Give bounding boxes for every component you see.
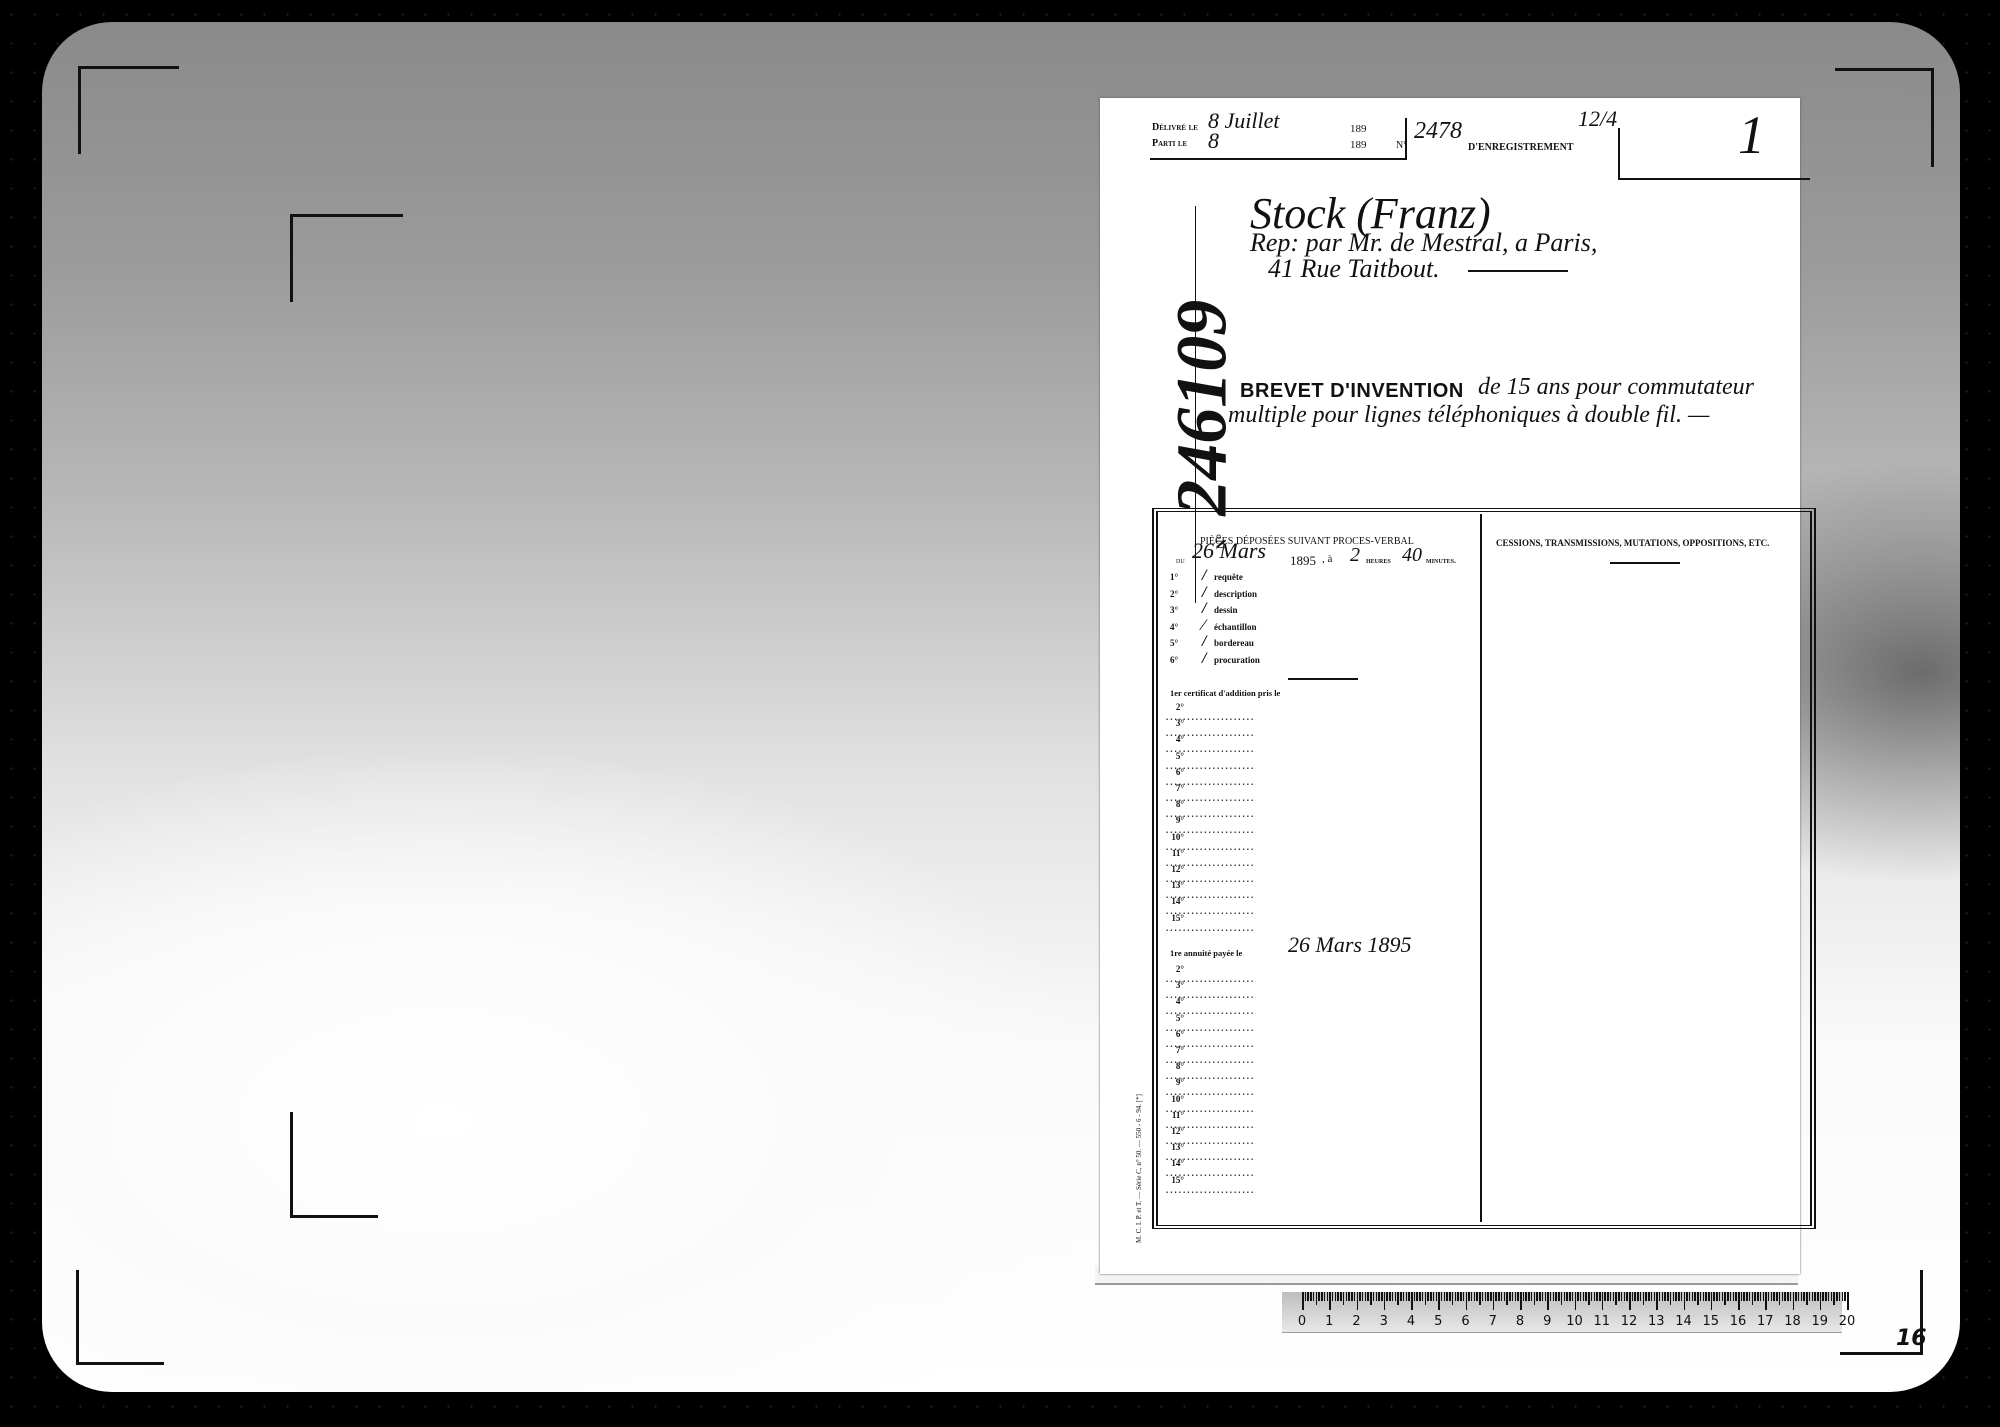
ruler-tick <box>1585 1292 1587 1301</box>
ruler-tick <box>1525 1292 1527 1301</box>
ruler-tick <box>1547 1292 1549 1310</box>
ruler-tick <box>1831 1292 1833 1301</box>
ruler-tick <box>1512 1292 1514 1301</box>
entry-number: 3° <box>1166 980 1184 990</box>
corner-box <box>1618 128 1810 180</box>
ruler-tick <box>1381 1292 1383 1301</box>
ruler-tick <box>1825 1292 1827 1301</box>
ruler-tick <box>1419 1292 1421 1301</box>
dotted-entry-row: 15°..................... <box>1166 1175 1256 1195</box>
ruler-tick <box>1463 1292 1465 1301</box>
brevet-description-line2: multiple pour lignes téléphoniques à dou… <box>1228 402 1709 429</box>
ruler-tick <box>1634 1292 1636 1301</box>
entry-number: 7° <box>1166 783 1184 793</box>
corner-mark-inner-top-left <box>290 214 403 302</box>
ruler-tick <box>1615 1292 1617 1305</box>
ruler-tick <box>1822 1292 1824 1301</box>
corner-mark-top-right <box>1835 68 1934 167</box>
ruler-tick <box>1743 1292 1745 1301</box>
ruler-label: 15 <box>1702 1314 1719 1329</box>
ruler-tick <box>1730 1292 1732 1301</box>
ruler-tick <box>1659 1292 1661 1301</box>
pieces-item: 3°/dessin <box>1170 605 1178 615</box>
ruler-tick <box>1768 1292 1770 1301</box>
ruler-tick <box>1367 1292 1369 1301</box>
ruler-tick <box>1305 1292 1307 1301</box>
ruler-tick <box>1773 1292 1775 1301</box>
entry-number: 4° <box>1166 996 1184 1006</box>
ruler-tick <box>1332 1292 1334 1301</box>
pieces-item: 6°/procuration <box>1170 655 1178 665</box>
ruler-tick <box>1795 1292 1797 1301</box>
ruler-tick <box>1479 1292 1481 1305</box>
pieces-a-label: , à <box>1322 553 1332 565</box>
ruler-tick <box>1545 1292 1547 1301</box>
ruler-tick <box>1596 1292 1598 1301</box>
ruler-tick <box>1569 1292 1571 1301</box>
ruler-tick <box>1787 1292 1789 1301</box>
ruler-tick <box>1654 1292 1656 1301</box>
ruler-tick <box>1395 1292 1397 1301</box>
ruler-tick <box>1408 1292 1410 1301</box>
ruler-tick <box>1626 1292 1628 1301</box>
ruler-tick <box>1735 1292 1737 1301</box>
ruler-tick <box>1588 1292 1590 1305</box>
annuite-first-label: 1re annuité payée le <box>1170 948 1242 958</box>
ruler-tick <box>1580 1292 1582 1301</box>
ruler-tick <box>1607 1292 1609 1301</box>
ruler-tick <box>1373 1292 1375 1301</box>
pieces-item-label: bordereau <box>1214 638 1254 648</box>
ruler-tick <box>1433 1292 1435 1301</box>
ruler-tick <box>1550 1292 1552 1301</box>
ruler-tick <box>1591 1292 1593 1301</box>
ruler-tick <box>1667 1292 1669 1301</box>
pieces-year: 1895 <box>1290 553 1316 569</box>
ruler-label: 13 <box>1648 1314 1665 1329</box>
ruler-tick <box>1749 1292 1751 1301</box>
ruler-tick <box>1337 1292 1339 1301</box>
ruler-tick <box>1604 1292 1606 1301</box>
ruler-tick <box>1321 1292 1323 1301</box>
pieces-item-label: description <box>1214 589 1257 599</box>
ruler-tick <box>1316 1292 1318 1305</box>
ruler-tick <box>1468 1292 1470 1301</box>
ruler-tick <box>1782 1292 1784 1301</box>
ruler-tick <box>1376 1292 1378 1301</box>
ruler-tick <box>1427 1292 1429 1301</box>
ruler-label: 8 <box>1516 1314 1524 1329</box>
corner-mark-top-left <box>78 66 179 154</box>
printer-note: M. C. I. P. et T. — Série C, n° 50. — 55… <box>1135 1033 1143 1243</box>
entry-number: 4° <box>1166 734 1184 744</box>
ruler-tick <box>1327 1292 1329 1301</box>
ruler-tick <box>1515 1292 1517 1301</box>
pieces-item-label: requête <box>1214 572 1243 582</box>
pieces-separator <box>1288 678 1358 680</box>
ruler-tick <box>1384 1292 1386 1310</box>
ruler-tick <box>1793 1292 1795 1310</box>
entry-number: 6° <box>1166 767 1184 777</box>
ruler-tick <box>1504 1292 1506 1301</box>
ruler-tick <box>1602 1292 1604 1310</box>
delivre-year: 189 <box>1350 123 1367 135</box>
ruler-label: 6 <box>1461 1314 1469 1329</box>
entry-dots: ..................... <box>1166 1185 1255 1195</box>
ruler-tick <box>1476 1292 1478 1301</box>
ruler-tick <box>1389 1292 1391 1301</box>
ruler-tick <box>1357 1292 1359 1310</box>
ruler-tick <box>1346 1292 1348 1301</box>
ruler-tick <box>1577 1292 1579 1301</box>
ruler-tick <box>1722 1292 1724 1301</box>
ruler-tick <box>1809 1292 1811 1301</box>
ruler-tick <box>1790 1292 1792 1301</box>
corner-mark-bottom-left <box>76 1270 164 1365</box>
ruler-tick <box>1803 1292 1805 1301</box>
certificat-first-label: 1er certificat d'addition pris le <box>1170 688 1280 698</box>
ruler-tick <box>1370 1292 1372 1305</box>
ruler-tick <box>1528 1292 1530 1301</box>
entry-dots: ..................... <box>1166 923 1255 933</box>
ruler-tick <box>1746 1292 1748 1301</box>
pieces-item: 1°/requête <box>1170 572 1178 582</box>
ruler-tick <box>1324 1292 1326 1301</box>
ruler-tick <box>1566 1292 1568 1301</box>
entry-number: 14° <box>1166 896 1184 906</box>
ruler-tick <box>1760 1292 1762 1301</box>
ruler-tick <box>1449 1292 1451 1301</box>
ruler-tick <box>1662 1292 1664 1301</box>
ruler-tick <box>1520 1292 1522 1310</box>
ruler-tick <box>1354 1292 1356 1301</box>
ruler-tick <box>1847 1292 1849 1310</box>
ruler-tick <box>1763 1292 1765 1301</box>
ruler-tick <box>1523 1292 1525 1301</box>
entry-number: 3° <box>1166 718 1184 728</box>
dotted-entry-row: 15°..................... <box>1166 913 1256 933</box>
pieces-item: 2°/description <box>1170 589 1178 599</box>
ruler-label: 4 <box>1407 1314 1415 1329</box>
ruler-tick <box>1618 1292 1620 1301</box>
pieces-heures-label: heures <box>1366 556 1391 565</box>
brevet-label: BREVET D'INVENTION <box>1240 380 1464 403</box>
ruler-tick <box>1517 1292 1519 1301</box>
ruler-label: 1 <box>1325 1314 1333 1329</box>
ruler-tick <box>1340 1292 1342 1301</box>
ruler-tick <box>1318 1292 1320 1301</box>
pieces-minutes-label: minutes. <box>1426 556 1456 565</box>
entry-number: 9° <box>1166 815 1184 825</box>
ruler-tick <box>1703 1292 1705 1301</box>
ruler-tick <box>1438 1292 1440 1310</box>
ruler-tick <box>1757 1292 1759 1301</box>
entry-number: 8° <box>1166 799 1184 809</box>
ruler-tick <box>1594 1292 1596 1301</box>
ruler-tick <box>1553 1292 1555 1301</box>
ruler-tick <box>1820 1292 1822 1310</box>
ruler-tick <box>1425 1292 1427 1305</box>
ruler-tick <box>1531 1292 1533 1301</box>
pieces-item: 4°∕échantillon <box>1170 622 1178 632</box>
entry-number: 15° <box>1166 1175 1184 1185</box>
ruler-tick <box>1307 1292 1309 1301</box>
ruler-tick <box>1446 1292 1448 1301</box>
ruler-tick <box>1411 1292 1413 1310</box>
pieces-item-count-mark: / <box>1202 584 1206 602</box>
parti-label: Parti le <box>1152 138 1187 149</box>
ruler-tick <box>1460 1292 1462 1301</box>
cessions-separator <box>1610 562 1680 564</box>
entry-number: 13° <box>1166 1142 1184 1152</box>
ruler-tick <box>1697 1292 1699 1305</box>
ruler-tick <box>1733 1292 1735 1301</box>
ruler-tick <box>1444 1292 1446 1301</box>
ruler-tick <box>1784 1292 1786 1301</box>
corner-number: 1 <box>1738 104 1765 166</box>
ruler-tick <box>1403 1292 1405 1301</box>
ruler-tick <box>1833 1292 1835 1305</box>
ruler-tick <box>1485 1292 1487 1301</box>
ruler-tick <box>1692 1292 1694 1301</box>
ruler-tick <box>1681 1292 1683 1301</box>
ruler-tick <box>1343 1292 1345 1305</box>
ruler-tick <box>1741 1292 1743 1301</box>
entry-number: 9° <box>1166 1077 1184 1087</box>
ruler-tick <box>1430 1292 1432 1301</box>
ruler-tick <box>1509 1292 1511 1301</box>
ruler-tick <box>1836 1292 1838 1301</box>
ruler-tick <box>1624 1292 1626 1301</box>
ruler-tick <box>1455 1292 1457 1301</box>
ruler-tick <box>1583 1292 1585 1301</box>
ruler-tick <box>1441 1292 1443 1301</box>
ruler-tick <box>1397 1292 1399 1305</box>
ruler-tick <box>1400 1292 1402 1301</box>
ruler-tick <box>1599 1292 1601 1301</box>
patent-record-sheet: Délivré le Parti le 8 Juillet 8 189 189 … <box>1100 98 1800 1274</box>
ruler-tick <box>1362 1292 1364 1301</box>
patent-number: N° 246109 <box>1161 210 1244 550</box>
pieces-item-count-mark: ∕ <box>1202 617 1205 635</box>
ruler-tick <box>1727 1292 1729 1301</box>
ruler-tick <box>1700 1292 1702 1301</box>
ruler-tick <box>1575 1292 1577 1310</box>
pieces-hour: 2 <box>1350 544 1360 567</box>
ruler-tick <box>1378 1292 1380 1301</box>
ruler-tick <box>1493 1292 1495 1310</box>
ruler-tick <box>1310 1292 1312 1301</box>
ruler-tick <box>1779 1292 1781 1305</box>
ruler-tick <box>1844 1292 1846 1301</box>
pieces-item-number: 4° <box>1170 622 1178 632</box>
ruler-tick <box>1414 1292 1416 1301</box>
pieces-item-count-mark: / <box>1202 600 1206 618</box>
ruler-tick <box>1686 1292 1688 1301</box>
ruler-tick <box>1482 1292 1484 1301</box>
ruler-label: 11 <box>1593 1314 1610 1329</box>
pieces-item-count-mark: / <box>1202 633 1206 651</box>
ruler-tick <box>1542 1292 1544 1301</box>
scale-ruler: 01234567891011121314151617181920 <box>1282 1292 1842 1333</box>
ruler-tick <box>1386 1292 1388 1301</box>
ruler-tick <box>1694 1292 1696 1301</box>
ruler-label: 5 <box>1434 1314 1442 1329</box>
entry-number: 5° <box>1166 1013 1184 1023</box>
ruler-tick <box>1536 1292 1538 1301</box>
numero-prefix: N° <box>1396 140 1407 151</box>
ruler-tick <box>1632 1292 1634 1301</box>
ruler-tick <box>1708 1292 1710 1301</box>
ruler-tick <box>1422 1292 1424 1301</box>
entry-number: 10° <box>1166 1094 1184 1104</box>
ruler-tick <box>1776 1292 1778 1301</box>
pieces-date: 26 Mars <box>1192 538 1266 564</box>
ruler-tick <box>1839 1292 1841 1301</box>
ruler-tick <box>1329 1292 1331 1310</box>
annuite-first-date: 26 Mars 1895 <box>1288 932 1411 958</box>
ruler-tick <box>1814 1292 1816 1301</box>
fraction-note: 12/4 <box>1578 106 1617 132</box>
cessions-title: CESSIONS, TRANSMISSIONS, MUTATIONS, OPPO… <box>1496 538 1769 548</box>
ruler-tick <box>1501 1292 1503 1301</box>
pieces-item-label: dessin <box>1214 605 1238 615</box>
ruler-tick <box>1392 1292 1394 1301</box>
ruler-tick <box>1719 1292 1721 1301</box>
pieces-minutes: 40 <box>1402 544 1422 567</box>
ruler-label: 0 <box>1298 1314 1306 1329</box>
parti-year: 189 <box>1350 139 1367 151</box>
ruler-tick <box>1651 1292 1653 1301</box>
ruler-tick <box>1490 1292 1492 1301</box>
ruler-tick <box>1621 1292 1623 1301</box>
ruler-tick <box>1302 1292 1304 1310</box>
delivre-label: Délivré le <box>1152 122 1198 133</box>
ruler-tick <box>1711 1292 1713 1310</box>
ruler-tick <box>1348 1292 1350 1301</box>
ruler-label: 18 <box>1784 1314 1801 1329</box>
ruler-tick <box>1656 1292 1658 1310</box>
ruler-tick <box>1738 1292 1740 1310</box>
ruler-tick <box>1689 1292 1691 1301</box>
ruler-tick <box>1335 1292 1337 1301</box>
ruler-tick <box>1643 1292 1645 1305</box>
ruler-label: 9 <box>1543 1314 1551 1329</box>
pieces-item-number: 6° <box>1170 655 1178 665</box>
ruler-tick <box>1457 1292 1459 1301</box>
ruler-tick <box>1365 1292 1367 1301</box>
ruler-tick <box>1645 1292 1647 1301</box>
ruler-tick <box>1561 1292 1563 1305</box>
ruler-tick <box>1313 1292 1315 1301</box>
pieces-du-label: du <box>1176 556 1185 565</box>
ruler-tick <box>1817 1292 1819 1301</box>
ruler-tick <box>1771 1292 1773 1301</box>
ruler-tick <box>1752 1292 1754 1305</box>
entry-number: 14° <box>1166 1158 1184 1168</box>
ruler-label: 14 <box>1675 1314 1692 1329</box>
entry-number: 11° <box>1166 848 1184 858</box>
ruler-tick <box>1754 1292 1756 1301</box>
ruler-tick <box>1610 1292 1612 1301</box>
pieces-item-number: 3° <box>1170 605 1178 615</box>
ruler-tick <box>1406 1292 1408 1301</box>
ruler-tick <box>1664 1292 1666 1301</box>
ruler-tick <box>1798 1292 1800 1301</box>
ruler-tick <box>1675 1292 1677 1301</box>
ruler-tick <box>1495 1292 1497 1301</box>
entry-number: 12° <box>1166 1126 1184 1136</box>
pieces-item: 5°/bordereau <box>1170 638 1178 648</box>
ruler-tick <box>1678 1292 1680 1301</box>
ruler-tick <box>1506 1292 1508 1305</box>
ruler-tick <box>1564 1292 1566 1301</box>
pieces-item-label: échantillon <box>1214 622 1257 632</box>
pieces-item-number: 2° <box>1170 589 1178 599</box>
brevet-description-line1: de 15 ans pour commutateur <box>1478 374 1754 401</box>
ruler-label: 12 <box>1621 1314 1638 1329</box>
ruler-tick <box>1705 1292 1707 1301</box>
enregistrement-label: D'ENREGISTREMENT <box>1468 142 1574 153</box>
ruler-tick <box>1534 1292 1536 1305</box>
entry-number: 2° <box>1166 964 1184 974</box>
ruler-tick <box>1416 1292 1418 1301</box>
ruler-tick <box>1765 1292 1767 1310</box>
ruler-label: 7 <box>1489 1314 1497 1329</box>
ruler-tick <box>1555 1292 1557 1301</box>
parti-date: 8 <box>1208 128 1219 154</box>
ruler-tick <box>1673 1292 1675 1301</box>
ruler-tick <box>1637 1292 1639 1301</box>
ruler-tick <box>1684 1292 1686 1310</box>
entry-number: 6° <box>1166 1029 1184 1039</box>
ruler-tick <box>1806 1292 1808 1305</box>
pieces-item-count-mark: / <box>1202 567 1206 585</box>
frame-number: 16 <box>1896 1326 1927 1351</box>
ruler-tick <box>1351 1292 1353 1301</box>
ruler-tick <box>1648 1292 1650 1301</box>
entry-number: 10° <box>1166 832 1184 842</box>
ruler-tick <box>1359 1292 1361 1301</box>
ruler-label: 10 <box>1566 1314 1583 1329</box>
ruler-label: 19 <box>1811 1314 1828 1329</box>
ruler-tick <box>1629 1292 1631 1310</box>
table-divider <box>1480 514 1482 1222</box>
ruler-tick <box>1812 1292 1814 1301</box>
ruler-tick <box>1670 1292 1672 1305</box>
corner-mark-inner-bottom-left <box>290 1112 378 1218</box>
entry-number: 12° <box>1166 864 1184 874</box>
ruler-label: 16 <box>1730 1314 1747 1329</box>
ruler-tick <box>1436 1292 1438 1301</box>
ruler-tick <box>1640 1292 1642 1301</box>
ruler-tick <box>1613 1292 1615 1301</box>
entry-number: 5° <box>1166 751 1184 761</box>
ruler-tick <box>1572 1292 1574 1301</box>
entry-number: 8° <box>1166 1061 1184 1071</box>
pieces-item-number: 1° <box>1170 572 1178 582</box>
ruler-tick <box>1558 1292 1560 1301</box>
ruler-label: 2 <box>1352 1314 1360 1329</box>
ruler-tick <box>1724 1292 1726 1305</box>
ruler-tick <box>1474 1292 1476 1301</box>
applicant-address: 41 Rue Taitbout. <box>1268 254 1440 284</box>
ruler-tick <box>1801 1292 1803 1301</box>
ruler-tick <box>1828 1292 1830 1301</box>
ruler-tick <box>1487 1292 1489 1301</box>
entry-number: 11° <box>1166 1110 1184 1120</box>
entry-number: 15° <box>1166 913 1184 923</box>
